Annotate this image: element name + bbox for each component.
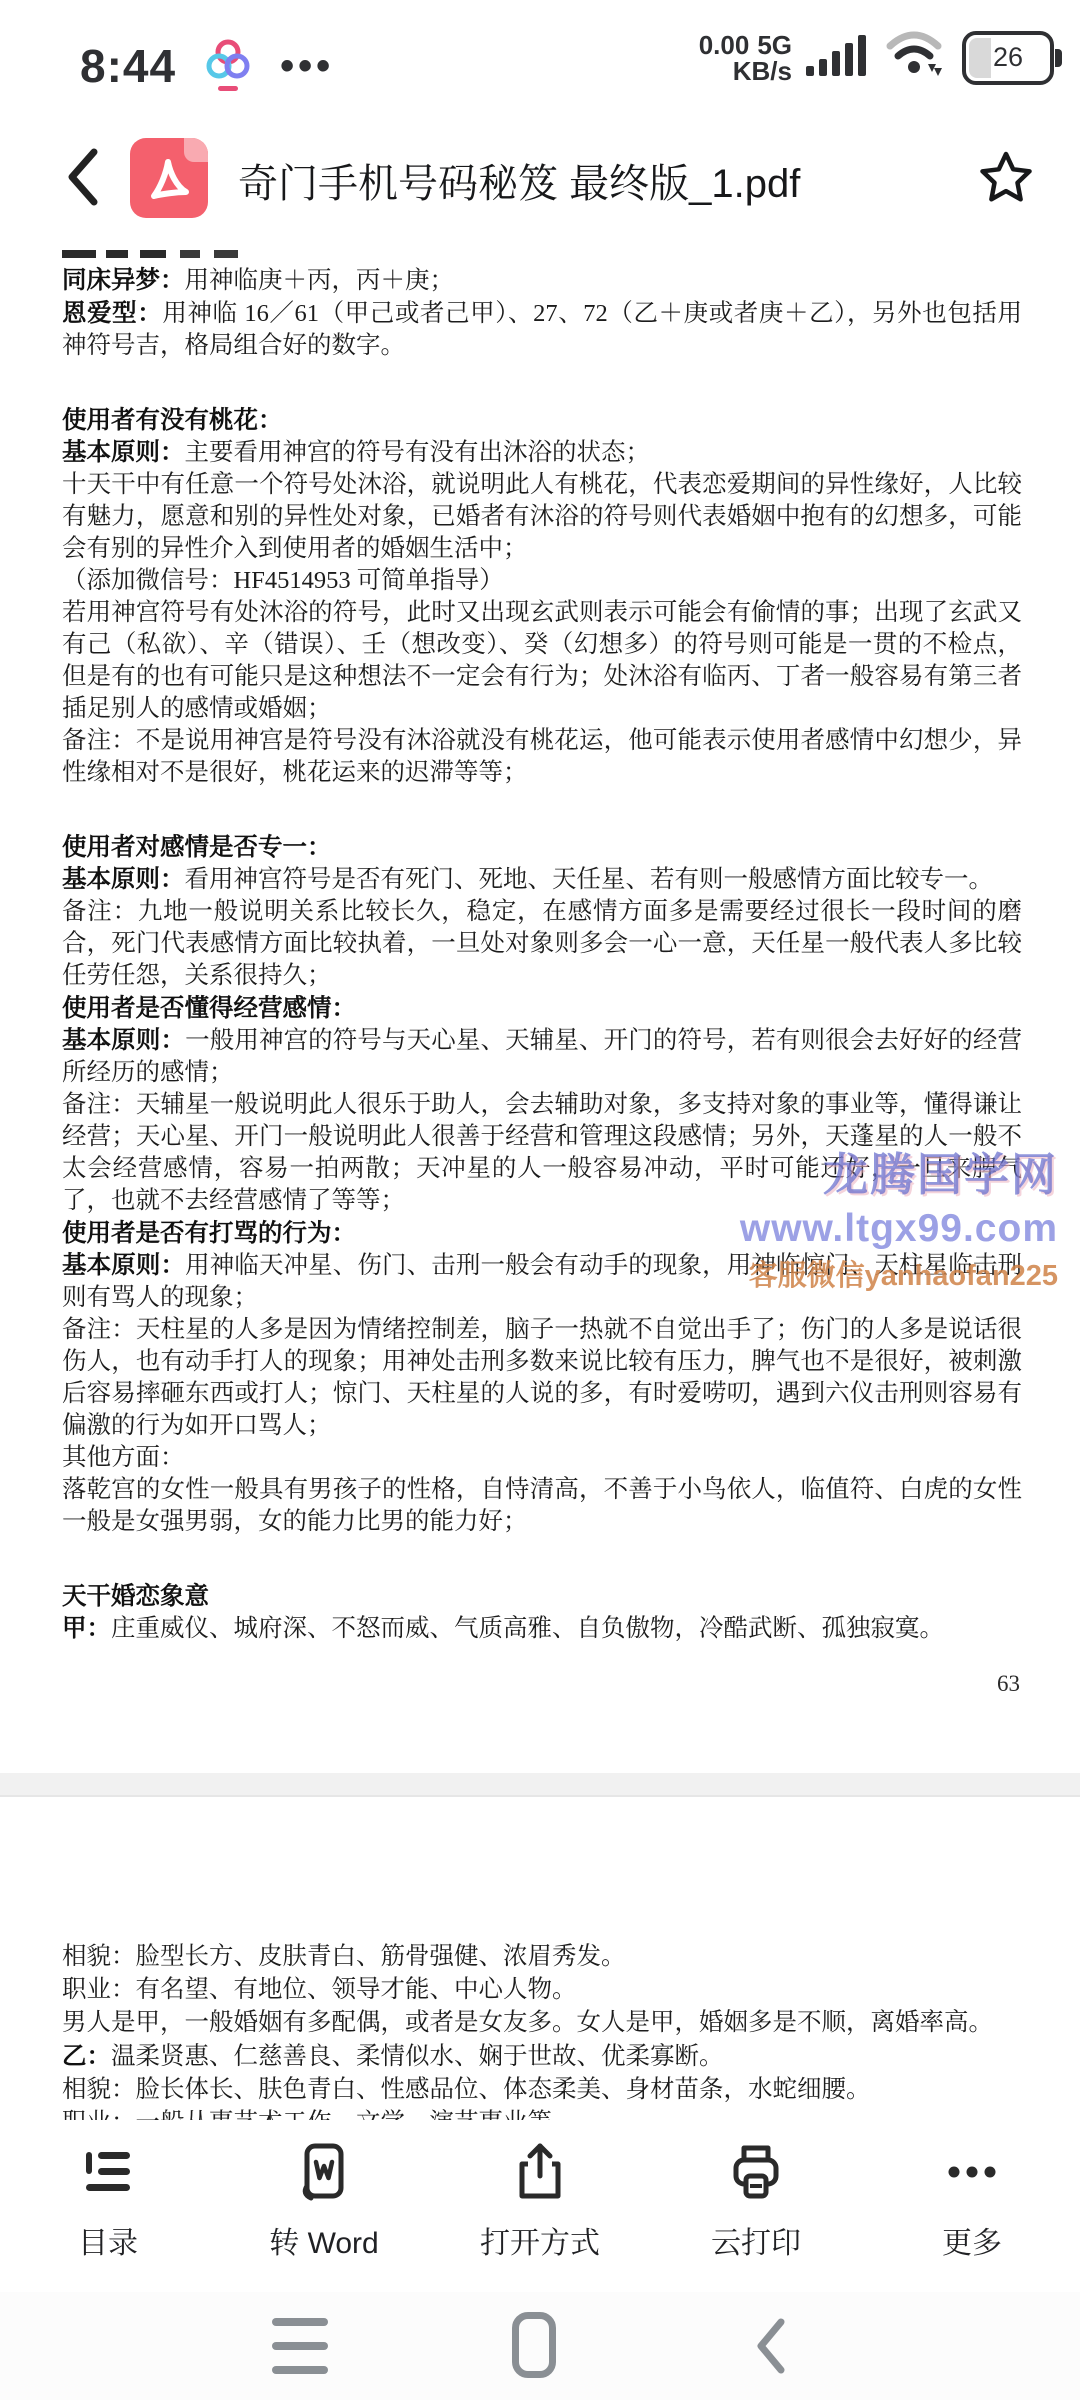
document-paragraph: 甲：庄重威仪、城府深、不怒而威、气质高雅、自负傲物，冷酷武断、孤独寂寞。 (62, 1612, 1022, 1645)
document-paragraph: 基本原则：看用神宫符号是否有死门、死地、天任星、若有则一般感情方面比较专一。 (62, 863, 1022, 896)
pdf-page-64: 相貌：脸型长方、皮肤青白、筋骨强健、浓眉秀发。职业：有名望、有地位、领导才能、中… (0, 1940, 1080, 2120)
document-paragraph: 男人是甲，一般婚姻有多配偶，或者是女友多。女人是甲，婚姻多是不顺，离婚率高。 (62, 2006, 1022, 2039)
home-nav-button[interactable] (512, 2312, 556, 2378)
page-separator (0, 1773, 1080, 1797)
favorite-star-button[interactable] (974, 146, 1038, 210)
section-heading: 使用者是否懂得经营感情： (62, 992, 1022, 1024)
paragraph-gap (62, 789, 1022, 831)
wifi-icon (886, 30, 948, 85)
page-number: 63 (0, 1671, 1080, 1697)
open-with-label: 打开方式 (480, 2218, 600, 2262)
cloud-print-button[interactable]: 云打印 (648, 2120, 864, 2292)
battery-icon: 26 (962, 31, 1054, 85)
toc-button[interactable]: 目录 (0, 2120, 216, 2292)
document-paragraph: （添加微信号：HF4514953 可简单指导） (62, 565, 1022, 597)
pdf-file-icon (130, 138, 208, 218)
paragraph-gap (62, 362, 1022, 404)
printer-icon (728, 2142, 784, 2202)
section-heading: 使用者是否有打骂的行为： (62, 1217, 1022, 1249)
paragraph-gap (62, 1538, 1022, 1580)
word-doc-icon (296, 2142, 352, 2202)
document-paragraph: 若用神宫符号有处沐浴的符号，此时又出现玄武则表示可能会有偷情的事；出现了玄武又有… (62, 597, 1022, 725)
section-heading: 使用者对感情是否专一： (62, 831, 1022, 863)
section-heading: 使用者有没有桃花： (62, 404, 1022, 436)
document-paragraph: 备注：不是说用神宫是符号没有沐浴就没有桃花运，他可能表示使用者感情中幻想少，异性… (62, 725, 1022, 789)
document-paragraph: 备注：天辅星一般说明此人很乐于助人，会去辅助对象，多支持对象的事业等，懂得谦让经… (62, 1089, 1022, 1217)
document-paragraph: 其他方面： (62, 1442, 1022, 1474)
back-nav-button[interactable] (748, 2314, 792, 2378)
document-paragraph: 备注：天柱星的人多是因为情绪控制差，脑子一热就不自觉出手了；伤门的人多是说话很伤… (62, 1314, 1022, 1442)
more-button[interactable]: 更多 (864, 2120, 1080, 2292)
more-label: 更多 (942, 2218, 1002, 2262)
toc-list-icon (80, 2142, 136, 2202)
document-title: 奇门手机号码秘笈 最终版_1.pdf (238, 152, 938, 209)
network-type: 5G (757, 32, 792, 58)
section-heading: 天干婚恋象意 (62, 1580, 1022, 1612)
app-header: 奇门手机号码秘笈 最终版_1.pdf (0, 112, 1080, 242)
clock-time: 8:44 (80, 39, 176, 93)
document-paragraph: 基本原则：主要看用神宫的符号有没有出沐浴的状态； (62, 436, 1022, 469)
toc-label: 目录 (78, 2218, 138, 2262)
document-paragraph: 职业：一般从事艺术工作，文学、演艺事业等。 (62, 2106, 1022, 2120)
pdf-page-63: 同床异梦：用神临庚＋丙，丙＋庚；恩爱型：用神临 16／61（甲己或者己甲）、27… (0, 248, 1080, 1697)
document-paragraph: 恩爱型：用神临 16／61（甲己或者己甲）、27、72（乙＋庚或者庚＋乙），另外… (62, 297, 1022, 362)
battery-percent: 26 (993, 42, 1023, 73)
document-paragraph: 相貌：脸型长方、皮肤青白、筋骨强健、浓眉秀发。 (62, 1940, 1022, 1973)
document-paragraph: 职业：有名望、有地位、领导才能、中心人物。 (62, 1973, 1022, 2006)
recents-nav-button[interactable] (272, 2318, 328, 2374)
document-paragraph: 乙：温柔贤惠、仁慈善良、柔情似水、娴于世故、优柔寡断。 (62, 2039, 1022, 2073)
cloud-print-label: 云打印 (711, 2218, 801, 2262)
system-nav-bar (0, 2292, 1080, 2400)
open-with-button[interactable]: 打开方式 (432, 2120, 648, 2292)
document-paragraph: 落乾宫的女性一般具有男孩子的性格，自恃清高，不善于小鸟依人，临值符、白虎的女性一… (62, 1474, 1022, 1538)
document-paragraph: 十天干中有任意一个符号处沐浴，就说明此人有桃花，代表恋爱期间的异性缘好，人比较有… (62, 469, 1022, 565)
status-bar: 8:44 ••• 0.005G KB/s (0, 0, 1080, 112)
back-button[interactable] (52, 140, 112, 214)
pdf-page-view[interactable]: 同床异梦：用神临庚＋丙，丙＋庚；恩爱型：用神临 16／61（甲己或者己甲）、27… (0, 242, 1080, 2120)
document-paragraph: 基本原则：一般用神宫的符号与天心星、天辅星、开门的符号，若有则很会去好好的经营所… (62, 1024, 1022, 1089)
signal-bars-icon (806, 32, 872, 83)
notification-app-icon (202, 36, 254, 96)
convert-word-label: 转 Word (269, 2218, 378, 2262)
document-paragraph: 备注：九地一般说明关系比较长久，稳定，在感情方面多是需要经过很长一段时间的磨合，… (62, 896, 1022, 992)
notification-dots-icon: ••• (280, 56, 334, 76)
clipped-text-line (62, 248, 1022, 262)
document-paragraph: 相貌：脸长体长、肤色青白、性感品位、体态柔美、身材苗条，水蛇细腰。 (62, 2073, 1022, 2106)
bottom-toolbar: 目录 转 Word 打开方式 (0, 2120, 1080, 2292)
network-speed: 0.005G KB/s (699, 32, 792, 84)
convert-word-button[interactable]: 转 Word (216, 2120, 432, 2292)
more-dots-icon (944, 2142, 1000, 2202)
document-paragraph: 同床异梦：用神临庚＋丙，丙＋庚； (62, 264, 1022, 297)
share-open-icon (512, 2142, 568, 2202)
document-paragraph: 基本原则：用神临天冲星、伤门、击刑一般会有动手的现象，用神临惊门、天柱星临击刑则… (62, 1249, 1022, 1314)
